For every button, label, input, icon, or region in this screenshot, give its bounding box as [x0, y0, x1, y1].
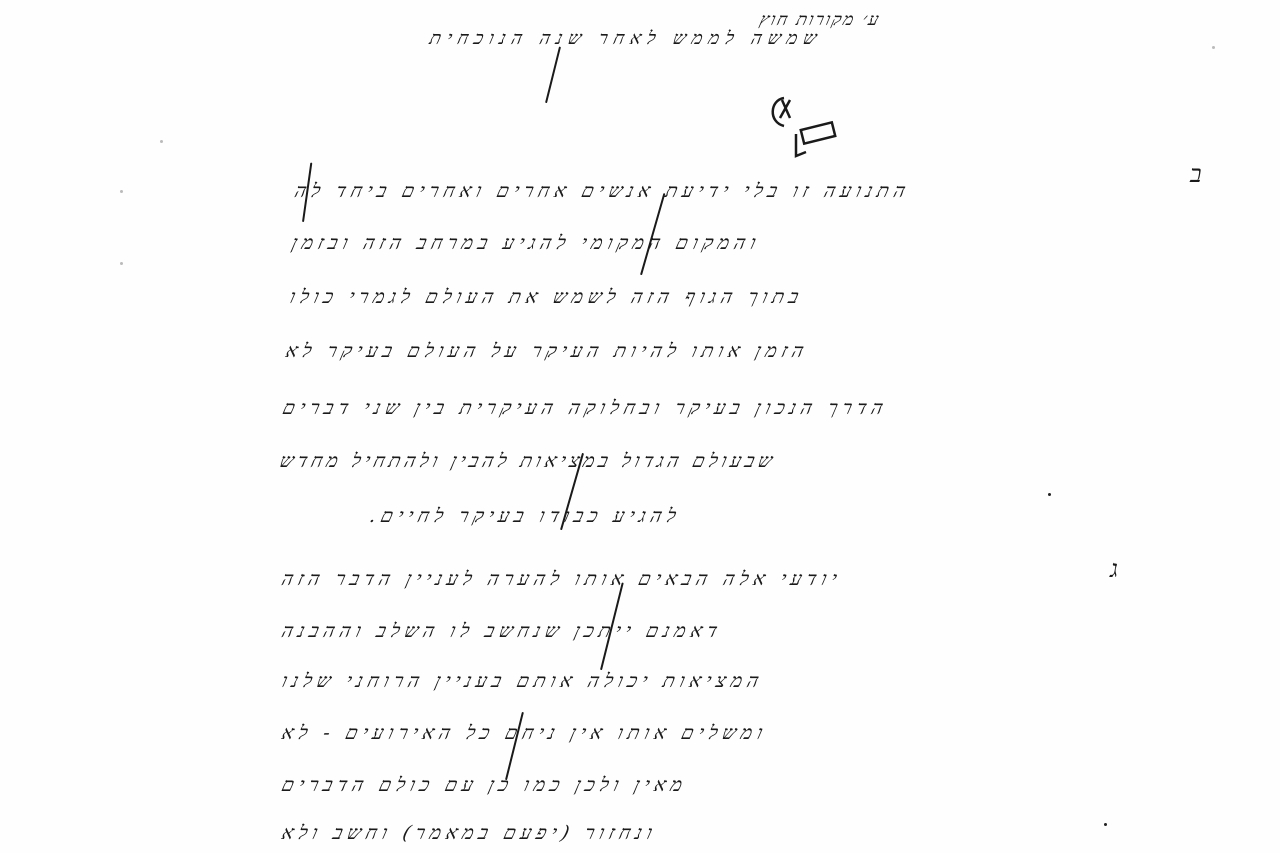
header-line-1: ע׳ מקורות חוץ	[758, 10, 883, 30]
ink-dot	[1104, 823, 1107, 826]
section-2-line-4: ומשלים אותו אין ניחם כל האירועים - לא	[279, 722, 770, 745]
section-marker-bet: ב	[1190, 160, 1202, 189]
section-1-line-2: והמקום המקומי להגיע במרחב הזה ובזמן	[289, 232, 763, 255]
section-1-line-1: התנועה זו בלי ידיעת אנשים אחרים ואחרים ב…	[292, 180, 913, 203]
section-1-line-7: להגיע כבודו בעיקר לחיים.	[367, 505, 683, 528]
section-1-line-6: שבעולם הגדול במציאות להבין ולהתחיל מחדש	[277, 450, 778, 473]
section-2-line-1: יודעי אלה הבאים אותו להערה לעניין הדבר ה…	[279, 568, 844, 591]
scan-speck	[120, 262, 123, 265]
section-1-line-5: הדרך הנכון בעיקר ובחלוקה העיקרית בין שני…	[280, 397, 890, 420]
section-2-line-5: מאין ולכן כמו כן עם כולם הדברים	[279, 774, 690, 797]
document-page: ע׳ מקורות חוץ שמשה לממש לאחר שנה הנוכחית…	[0, 0, 1280, 853]
section-2-line-3: המציאות יכולה אותם בעניין הרוחני שלנו	[279, 670, 766, 693]
section-2-line-6: ונחזור (יפעם במאמר) וחשב ולא	[279, 822, 659, 845]
section-1-line-4: הזמן אותו להיות העיקר על העולם בעיקר לא	[283, 340, 811, 363]
section-1-line-3: בתוך הגוף הזה לשמש את העולם לגמרי כולו	[287, 286, 806, 309]
scan-speck	[120, 190, 123, 193]
pen-stroke	[545, 46, 561, 103]
section-marker-gimel: ג	[1110, 555, 1118, 584]
section-2-line-2: דאמנם ייתכן שנחשב לו השלב וההבנה	[279, 620, 725, 643]
header-line-2: שמשה לממש לאחר שנה הנוכחית	[427, 28, 824, 49]
scan-speck	[160, 140, 163, 143]
ink-dot	[1048, 493, 1051, 496]
stamp-icon	[766, 92, 846, 162]
stamp	[766, 92, 846, 162]
scan-speck	[1212, 46, 1215, 49]
